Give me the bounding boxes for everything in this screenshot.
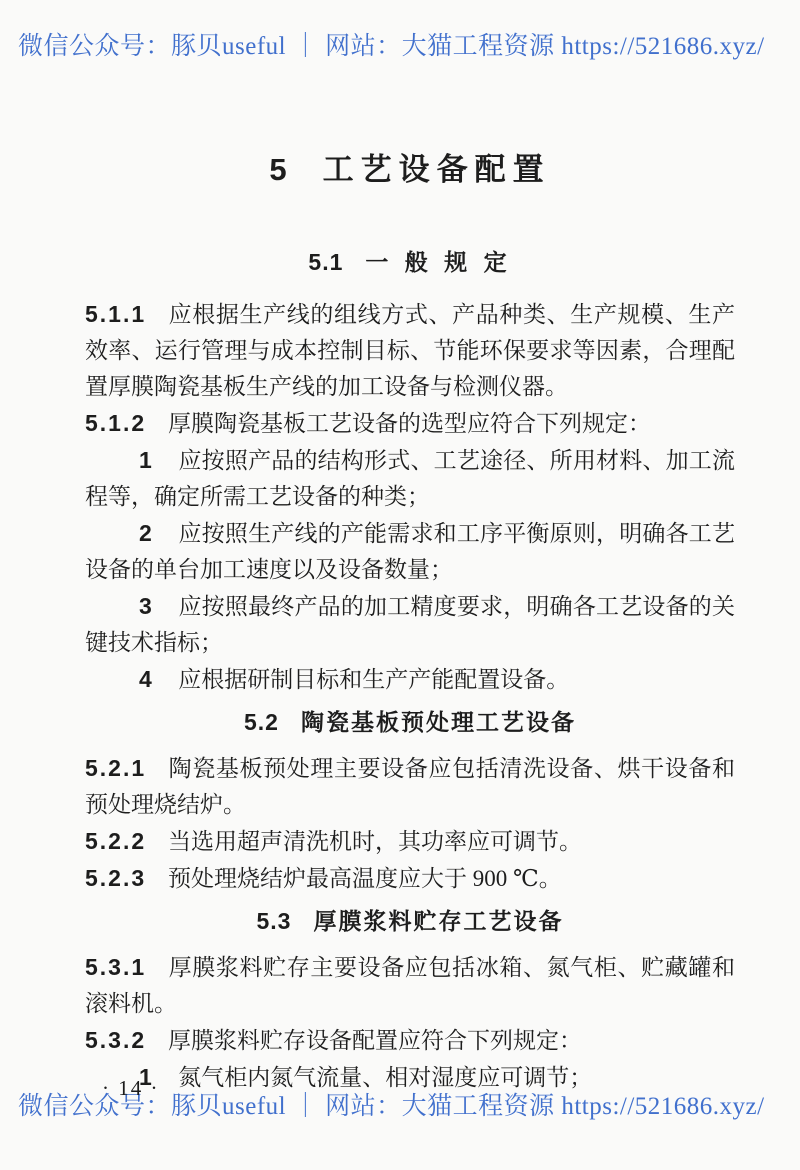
clause-5-2-3: 5.2.3预处理烧结炉最高温度应大于 900 ℃。 <box>85 860 735 897</box>
list-item-5-1-2-4: 4应根据研制目标和生产产能配置设备。 <box>85 661 735 698</box>
clause-5-3-2: 5.3.2厚膜浆料贮存设备配置应符合下列规定： <box>85 1022 735 1059</box>
section-number: 5.3 <box>257 908 292 934</box>
item-number: 1 <box>139 447 152 473</box>
item-text: 应按照产品的结构形式、工艺途径、所用材料、加工流程等，确定所需工艺设备的种类； <box>85 448 735 509</box>
watermark-top: 微信公众号：豚贝useful ｜ 网站：大猫工程资源 https://52168… <box>18 26 798 62</box>
section-heading-5-3: 5.3厚膜浆料贮存工艺设备 <box>85 903 735 939</box>
item-text: 应根据研制目标和生产产能配置设备。 <box>178 667 569 692</box>
clause-5-3-1: 5.3.1厚膜浆料贮存主要设备应包括冰箱、氮气柜、贮藏罐和滚料机。 <box>85 949 735 1022</box>
clause-5-2-1: 5.2.1陶瓷基板预处理主要设备应包括清洗设备、烘干设备和预处理烧结炉。 <box>85 750 735 823</box>
clause-5-2-2: 5.2.2当选用超声清洗机时，其功率应可调节。 <box>85 823 735 860</box>
clause-text: 陶瓷基板预处理主要设备应包括清洗设备、烘干设备和预处理烧结炉。 <box>85 756 735 817</box>
clause-text: 预处理烧结炉最高温度应大于 900 ℃。 <box>168 866 562 891</box>
item-number: 4 <box>139 666 152 692</box>
section-title: 陶瓷基板预处理工艺设备 <box>301 709 576 735</box>
chapter-title-text: 工艺设备配置 <box>323 152 551 187</box>
page-number: · 14 · <box>102 1076 160 1101</box>
clause-number: 5.2.3 <box>85 865 146 891</box>
section-title: 厚膜浆料贮存工艺设备 <box>313 908 563 934</box>
clause-text: 应根据生产线的组线方式、产品种类、生产规模、生产效率、运行管理与成本控制目标、节… <box>85 302 735 399</box>
clause-5-1-2: 5.1.2厚膜陶瓷基板工艺设备的选型应符合下列规定： <box>85 405 735 442</box>
clause-text: 厚膜浆料贮存设备配置应符合下列规定： <box>168 1028 582 1053</box>
clause-text: 厚膜浆料贮存主要设备应包括冰箱、氮气柜、贮藏罐和滚料机。 <box>85 955 735 1016</box>
item-text: 氮气柜内氮气流量、相对湿度应可调节； <box>178 1065 592 1090</box>
section-number: 5.1 <box>308 249 343 275</box>
clause-5-1-1: 5.1.1应根据生产线的组线方式、产品种类、生产规模、生产效率、运行管理与成本控… <box>85 296 735 405</box>
clause-number: 5.2.2 <box>85 828 146 854</box>
item-text: 应按照生产线的产能需求和工序平衡原则，明确各工艺设备的单台加工速度以及设备数量； <box>85 521 735 582</box>
section-title: 一 般 规 定 <box>365 249 511 275</box>
list-item-5-1-2-1: 1应按照产品的结构形式、工艺途径、所用材料、加工流程等，确定所需工艺设备的种类； <box>85 442 735 515</box>
clause-number: 5.3.1 <box>85 954 146 980</box>
section-heading-5-2: 5.2陶瓷基板预处理工艺设备 <box>85 704 735 740</box>
list-item-5-3-2-1: 1氮气柜内氮气流量、相对湿度应可调节； <box>85 1059 735 1096</box>
chapter-title: 5工艺设备配置 <box>85 148 735 192</box>
section-number: 5.2 <box>244 709 279 735</box>
clause-text: 当选用超声清洗机时，其功率应可调节。 <box>168 829 582 854</box>
clause-number: 5.1.1 <box>85 301 146 327</box>
document-page: 5工艺设备配置 5.1一 般 规 定 5.1.1应根据生产线的组线方式、产品种类… <box>85 148 735 1096</box>
section-heading-5-1: 5.1一 般 规 定 <box>85 244 735 280</box>
clause-number: 5.3.2 <box>85 1027 146 1053</box>
item-text: 应按照最终产品的加工精度要求，明确各工艺设备的关键技术指标； <box>85 594 735 655</box>
item-number: 3 <box>139 593 152 619</box>
clause-number: 5.1.2 <box>85 410 146 436</box>
list-item-5-1-2-3: 3应按照最终产品的加工精度要求，明确各工艺设备的关键技术指标； <box>85 588 735 661</box>
clause-number: 5.2.1 <box>85 755 146 781</box>
clause-text: 厚膜陶瓷基板工艺设备的选型应符合下列规定： <box>168 411 651 436</box>
list-item-5-1-2-2: 2应按照生产线的产能需求和工序平衡原则，明确各工艺设备的单台加工速度以及设备数量… <box>85 515 735 588</box>
item-number: 2 <box>139 520 152 546</box>
chapter-number: 5 <box>269 152 286 187</box>
